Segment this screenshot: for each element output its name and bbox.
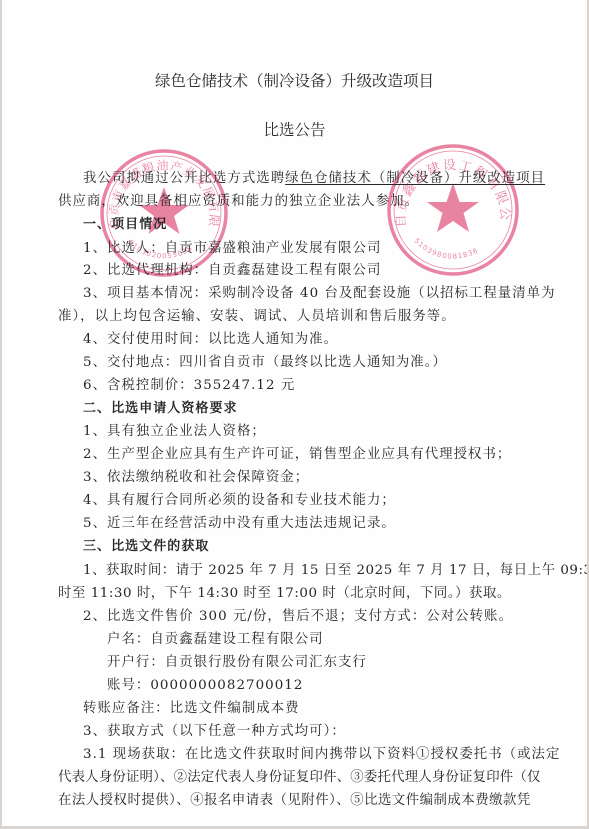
account-bank: 开户行：自贡银行股份有限公司汇东支行 [107, 655, 367, 671]
control-price: 6、含税控制价：355247.12 元 [83, 378, 295, 394]
list-item: 3.1 现场获取：在比选文件获取时间内携带以下资料①授权委托书（或法定 [83, 747, 560, 763]
project-name-underlined: 绿色仓储技术（制冷设备）升级改造项目 [285, 171, 545, 186]
stamp-seal-icon: 自贡市嘉盛粮油产业发展有限公司 5103020055098 [98, 147, 230, 279]
intro-text: 我公司拟通过公开比选方式选聘 [83, 171, 285, 186]
list-item: 5、交付地点：四川省自贡市（最终以比选人通知为准。） [83, 355, 447, 371]
section-heading-documents: 三、比选文件的获取 [83, 539, 209, 555]
svg-text:5103980081836: 5103980081836 [412, 237, 479, 261]
list-item: 代表人身份证明）、②法定代表人身份证复印件、③委托代理人身份证复印件（仅 [58, 770, 541, 786]
stamp-seal-icon: 自贡鑫磊建设工程有限公司 5103980081836 [384, 141, 522, 279]
list-item: 2、生产型企业应具有生产许可证，销售型企业应具有代理授权书； [83, 447, 511, 463]
document-page: 绿色仓储技术（制冷设备）升级改造项目 比选公告 自贡市嘉盛粮油产业发展有限公司 … [2, 0, 587, 826]
document-title: 绿色仓储技术（制冷设备）升级改造项目 [2, 69, 587, 91]
intro-text-line2: 供应商，欢迎具备相应资质和能力的独立企业法人参加。 [58, 194, 419, 210]
list-item: 时至 11:30 时，下午 14:30 时至 17:00 时（北京时间，下同。）… [58, 586, 511, 602]
list-item: 1、获取时间：请于 2025 年 7 月 15 日至 2025 年 7 月 17… [83, 563, 587, 579]
list-item: 2、比选文件售价 300 元/份，售后不退；支付方式：公对公转账。 [83, 609, 513, 625]
list-item: 4、具有履行合同所必须的设备和专业技术能力； [83, 493, 396, 509]
list-item: 在法人授权时提供）、④报名申请表（见附件）、⑤比选文件编制成本费缴款凭 [58, 793, 531, 809]
list-item: 4、交付使用时间：以比选人通知为准。 [83, 332, 338, 348]
account-number: 账号：0000000082700012 [107, 678, 303, 694]
list-item: 3、依法缴纳税收和社会保障资金； [83, 470, 309, 486]
section-heading-qualification: 二、比选申请人资格要求 [83, 401, 238, 417]
list-item: 准），以上均包含运输、安装、调试、人员培训和售后服务等。 [58, 309, 456, 325]
list-item: 3、获取方式（以下任意一种方式均可）： [83, 724, 346, 740]
list-item: 2、比选代理机构：自贡鑫磊建设工程有限公司 [83, 263, 381, 279]
intro-paragraph: 我公司拟通过公开比选方式选聘绿色仓储技术（制冷设备）升级改造项目 [83, 171, 545, 187]
list-item: 1、具有独立企业法人资格； [83, 424, 266, 440]
document-subtitle: 比选公告 [2, 118, 587, 140]
list-item: 1、比选人：自贡市嘉盛粮油产业发展有限公司 [83, 241, 381, 257]
list-item: 5、近三年在经营活动中没有重大违法违规记录。 [83, 516, 396, 532]
section-heading-project: 一、项目情况 [83, 217, 167, 233]
account-name: 户名：自贡鑫磊建设工程有限公司 [107, 632, 324, 648]
list-item: 3、项目基本情况：采购制冷设备 40 台及配套设施（以招标工程量清单为 [83, 286, 556, 302]
list-item: 转账应备注：比选文件编制成本费 [83, 701, 300, 717]
